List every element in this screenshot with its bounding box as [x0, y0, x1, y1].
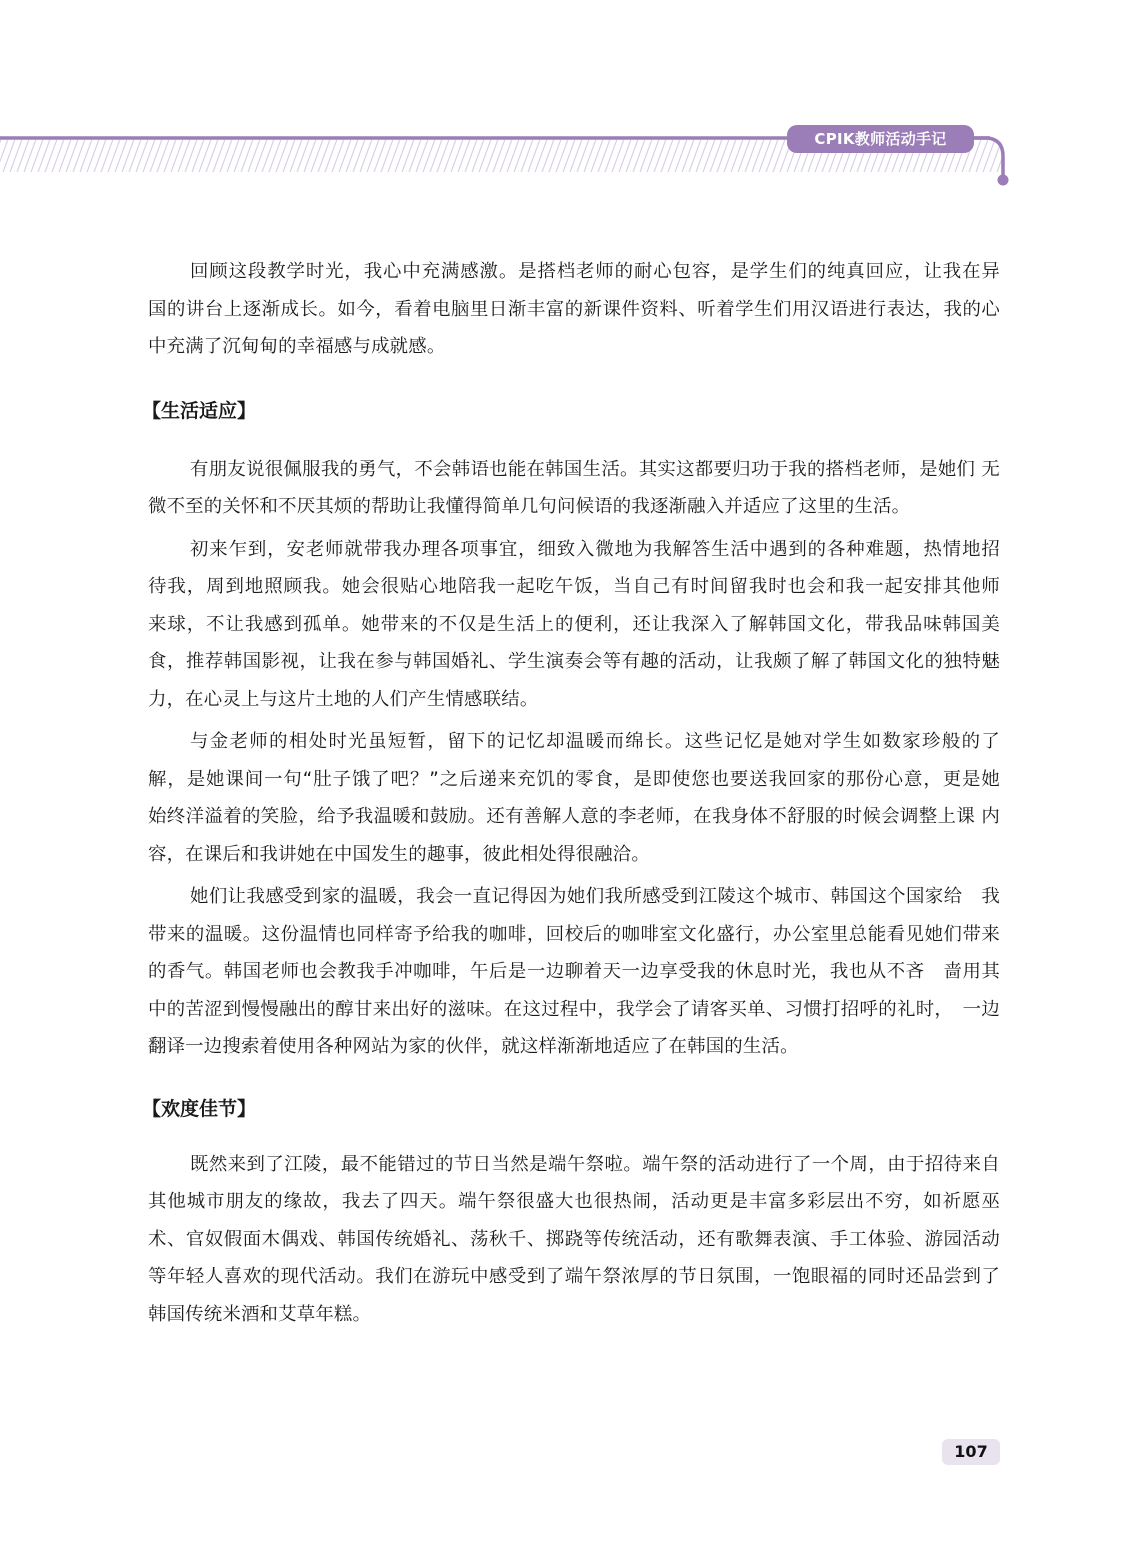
page-header [0, 120, 1146, 200]
paragraph: 与金老师的相处时光虽短暂，留下的记忆却温暖而绵长。这些记忆是她对学生如数家珍般的… [148, 723, 1000, 873]
section-title-life-adaptation: 【生活适应】 [142, 396, 1000, 426]
section-title-festivals: 【欢度佳节】 [142, 1094, 1000, 1124]
page-number: 107 [942, 1439, 1000, 1465]
paragraph: 有朋友说很佩服我的勇气，不会韩语也能在韩国生活。其实这都要归功于我的搭档老师，是… [148, 451, 1000, 526]
header-rule-graphic [0, 120, 1146, 200]
header-badge: CPIK教师活动手记 [787, 125, 974, 153]
paragraph: 她们让我感受到家的温暖，我会一直记得因为她们我所感受到江陵这个城市、韩国这个国家… [148, 878, 1000, 1066]
intro-paragraph: 回顾这段教学时光，我心中充满感激。是搭档老师的耐心包容，是学生们的纯真回应，让我… [148, 253, 1000, 366]
article-body: 回顾这段教学时光，我心中充满感激。是搭档老师的耐心包容，是学生们的纯真回应，让我… [148, 253, 1000, 1333]
paragraph: 初来乍到，安老师就带我办理各项事宜，细致入微地为我解答生活中遇到的各种难题，热情… [148, 531, 1000, 719]
paragraph: 既然来到了江陵，最不能错过的节日当然是端午祭啦。端午祭的活动进行了一个周，由于招… [148, 1146, 1000, 1334]
